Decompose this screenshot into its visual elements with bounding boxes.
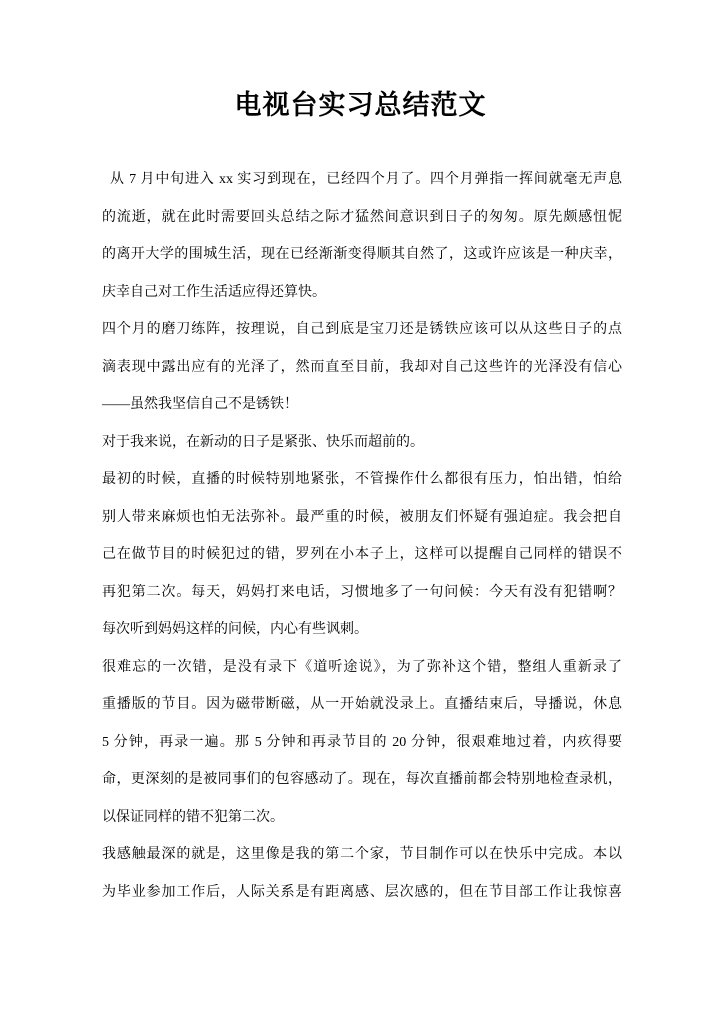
text-line: 庆幸自己对工作生活适应得还算快。 <box>102 274 622 312</box>
paragraph: 很难忘的一次错，是没有录下《道听途说》，为了弥补这个错，整组人重新录了 重播版的… <box>102 649 622 837</box>
text-line: 对于我来说，在新动的日子是紧张、快乐而超前的。 <box>102 424 622 462</box>
text-line: 为毕业参加工作后，人际关系是有距离感、层次感的，但在节目部工作让我惊喜 <box>102 874 622 912</box>
text-line: 己在做节目的时候犯过的错，罗列在小本子上，这样可以提醒自己同样的错误不 <box>102 536 622 574</box>
document-page: 电视台实习总结范文 从 7 月中旬进入 xx 实习到现在，已经四个月了。四个月弹… <box>0 0 721 1020</box>
text-line: 最初的时候，直播的时候特别地紧张，不管操作什么都很有压力，怕出错，怕给 <box>102 461 622 499</box>
document-title: 电视台实习总结范文 <box>0 86 721 124</box>
text-line: 四个月的磨刀练阵，按理说，自己到底是宝刀还是锈铁应该可以从这些日子的点 <box>102 311 622 349</box>
paragraph: 最初的时候，直播的时候特别地紧张，不管操作什么都很有压力，怕出错，怕给 别人带来… <box>102 461 622 649</box>
text-line: 重播版的节目。因为磁带断磁，从一开始就没录上。直播结束后，导播说，休息 <box>102 686 622 724</box>
text-line: 很难忘的一次错，是没有录下《道听途说》，为了弥补这个错，整组人重新录了 <box>102 649 622 687</box>
text-line: ——虽然我坚信自己不是锈铁！ <box>102 386 622 424</box>
text-line: 以保证同样的错不犯第二次。 <box>102 799 622 837</box>
text-line: 的流逝，就在此时需要回头总结之际才猛然间意识到日子的匆匆。原先颇感忸怩 <box>102 199 622 237</box>
paragraph: 我感触最深的就是，这里像是我的第二个家，节目制作可以在快乐中完成。本以 为毕业参… <box>102 836 622 911</box>
paragraph: 从 7 月中旬进入 xx 实习到现在，已经四个月了。四个月弹指一挥间就毫无声息 … <box>102 161 622 311</box>
text-line: 的离开大学的围城生活，现在已经渐渐变得顺其自然了，这或许应该是一种庆幸， <box>102 236 622 274</box>
text-line: 每次听到妈妈这样的问候，内心有些讽刺。 <box>102 611 622 649</box>
text-line: 命，更深刻的是被同事们的包容感动了。现在，每次直播前都会特别地检查录机， <box>102 761 622 799</box>
text-line: 从 7 月中旬进入 xx 实习到现在，已经四个月了。四个月弹指一挥间就毫无声息 <box>102 161 622 199</box>
paragraph: 四个月的磨刀练阵，按理说，自己到底是宝刀还是锈铁应该可以从这些日子的点 滴表现中… <box>102 311 622 424</box>
text-line: 我感触最深的就是，这里像是我的第二个家，节目制作可以在快乐中完成。本以 <box>102 836 622 874</box>
text-line: 滴表现中露出应有的光泽了，然而直至目前，我却对自己这些许的光泽没有信心 <box>102 349 622 387</box>
text-line: 5 分钟，再录一遍。那 5 分钟和再录节目的 20 分钟，很艰难地过着，内疚得要 <box>102 724 622 762</box>
paragraph: 对于我来说，在新动的日子是紧张、快乐而超前的。 <box>102 424 622 462</box>
text-line: 别人带来麻烦也怕无法弥补。最严重的时候，被朋友们怀疑有强迫症。我会把自 <box>102 499 622 537</box>
document-body: 从 7 月中旬进入 xx 实习到现在，已经四个月了。四个月弹指一挥间就毫无声息 … <box>102 161 622 911</box>
text-line: 再犯第二次。每天，妈妈打来电话，习惯地多了一句问候：今天有没有犯错啊？ <box>102 574 622 612</box>
